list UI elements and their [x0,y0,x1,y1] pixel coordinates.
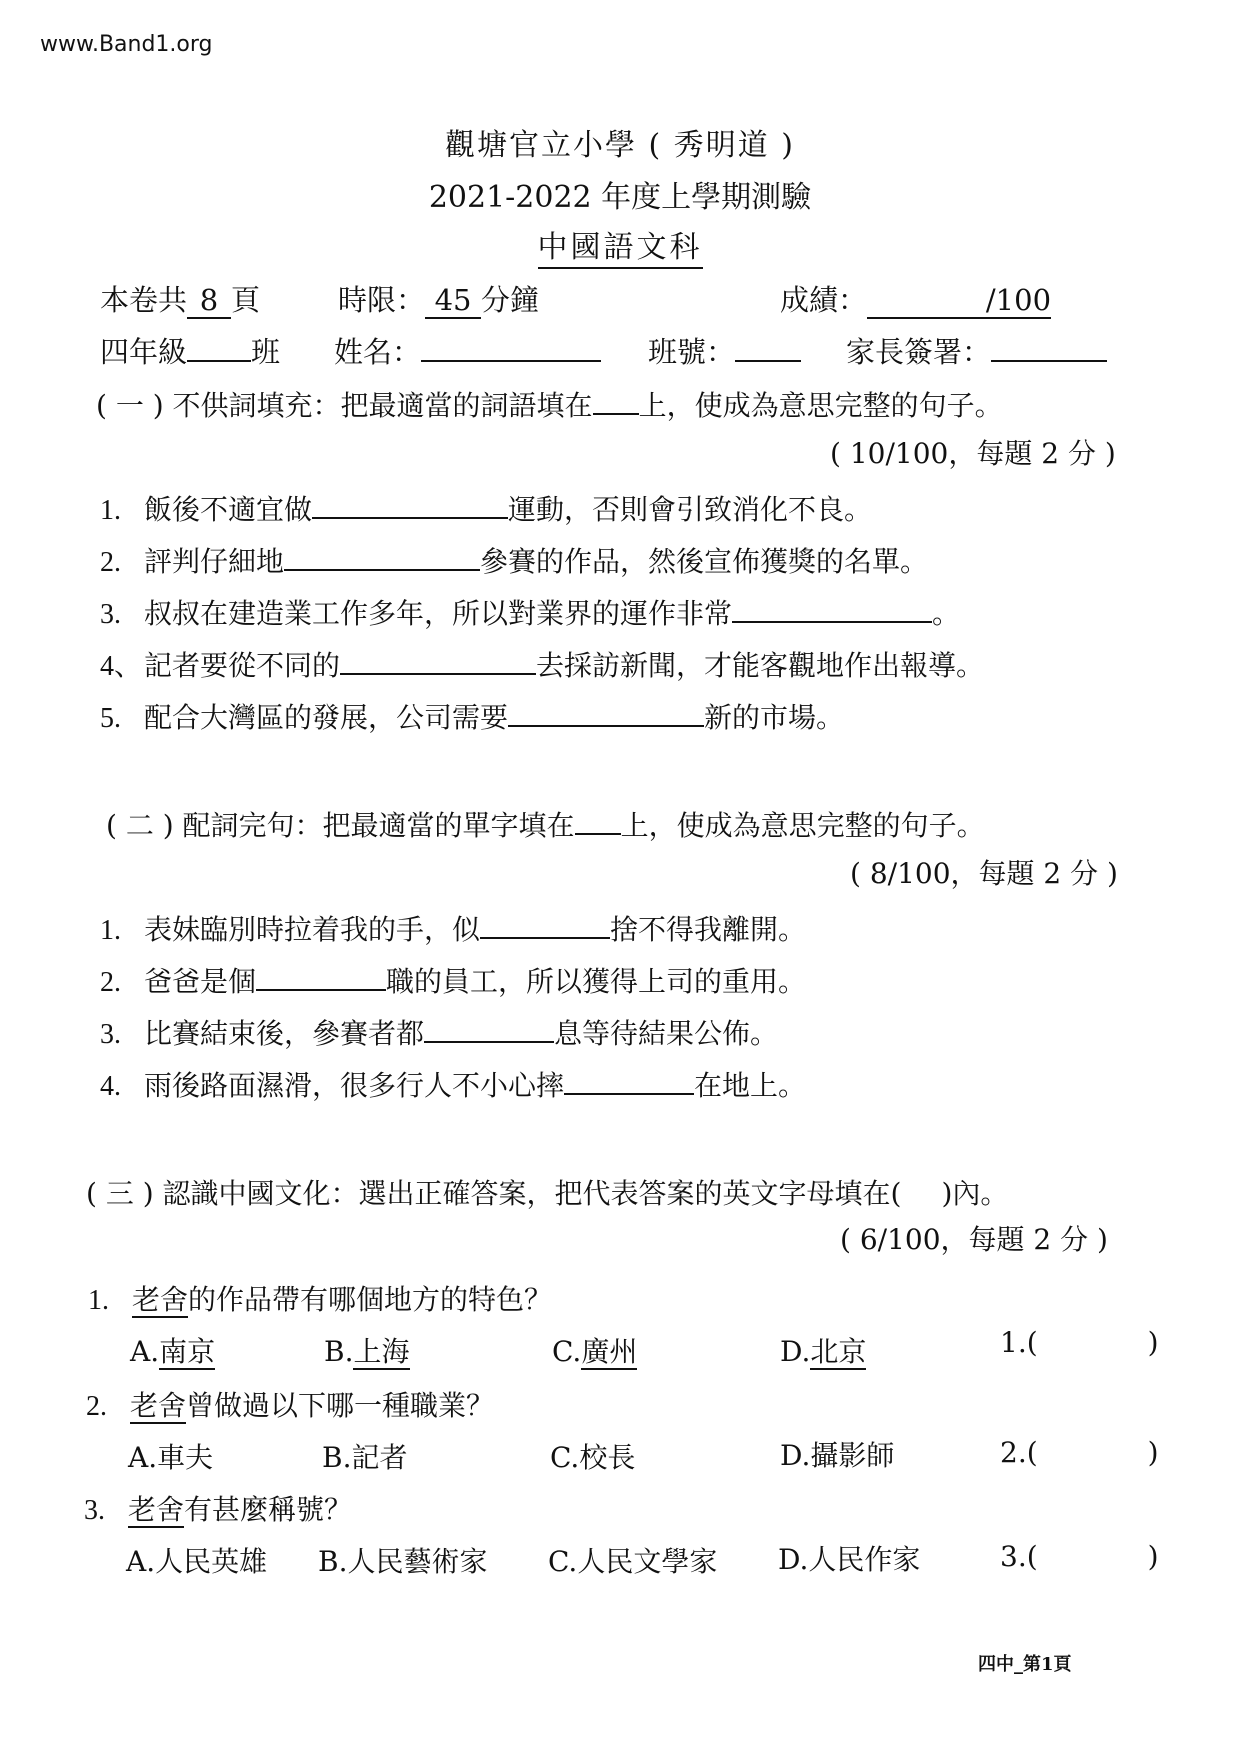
parent-signature-field: 家長簽署： [846,330,1107,371]
question-2-3: 3.比賽結束後，參賽者都息等待結果公佈。 [100,1012,778,1052]
answer-blank[interactable] [284,543,480,571]
score-input[interactable]: /100 [867,283,1051,319]
option-a: A.人民英雄 [126,1540,267,1580]
pages-value: 8 [187,283,231,319]
blank-sample [575,807,621,835]
question-3-3: 3.老舍有甚麼稱號？ [84,1488,352,1528]
class-input[interactable] [187,334,251,362]
option-a: A.車夫 [128,1436,213,1476]
answer-blank[interactable] [312,491,508,519]
answer-box-2[interactable]: 2.() [1000,1436,1159,1469]
page-footer: 四中_第1頁 [978,1650,1072,1676]
section-2-score: ( 8/100，每題 2 分 ) [850,852,1118,892]
option-c: C.人民文學家 [548,1540,717,1580]
answer-blank[interactable] [424,1015,554,1043]
option-b: B.記者 [322,1436,408,1476]
answer-blank[interactable] [732,595,932,623]
answer-blank[interactable] [508,699,704,727]
time-info: 時限：45分鐘 [338,278,539,319]
watermark: www.Band1.org [40,32,213,57]
option-b: B.上海 [324,1330,410,1370]
option-b: B.人民藝術家 [318,1540,488,1580]
subject-title: 中國語文科 [0,222,1240,266]
section-2-title: ( 二 ) 配詞完句：把最適當的單字填在上，使成為意思完整的句子。 [106,804,985,844]
answer-blank[interactable] [564,1067,694,1095]
question-1-4: 4、記者要從不同的去採訪新聞，才能客觀地作出報導。 [100,644,984,684]
proper-name: 老舍 [130,1389,186,1424]
exam-title: 2021-2022 年度上學期測驗 [0,172,1240,216]
question-1-5: 5.配合大灣區的發展，公司需要新的市場。 [100,696,844,736]
section-3-score: ( 6/100，每題 2 分 ) [840,1218,1108,1258]
school-name: 觀塘官立小學 ( 秀明道 ) [0,120,1240,164]
name-input[interactable] [421,334,601,362]
question-2-2: 2.爸爸是個職的員工，所以獲得上司的重用。 [100,960,806,1000]
section-3-title: ( 三 ) 認識中國文化：選出正確答案，把代表答案的英文字母填在()內。 [86,1172,1008,1212]
question-2-4: 4.雨後路面濕滑，很多行人不小心摔在地上。 [100,1064,806,1104]
answer-blank[interactable] [340,647,536,675]
question-3-1: 1.老舍的作品帶有哪個地方的特色？ [88,1278,552,1318]
option-d: D.北京 [780,1330,866,1370]
time-value: 45 [425,283,481,319]
pages-info: 本卷共8頁 [100,278,260,319]
option-c: C.校長 [550,1436,635,1476]
answer-box-1[interactable]: 1.() [1000,1326,1159,1359]
option-a: A.南京 [130,1330,215,1370]
class-number-field: 班號： [648,330,801,371]
section-1-title: ( 一 ) 不供詞填充：把最適當的詞語填在上，使成為意思完整的句子。 [96,384,1003,424]
question-3-2: 2.老舍曾做過以下哪一種職業？ [86,1384,494,1424]
option-c: C.廣州 [552,1330,637,1370]
section-1-score: ( 10/100，每題 2 分 ) [830,432,1116,472]
answer-blank[interactable] [480,911,610,939]
option-d: D.人民作家 [778,1538,920,1578]
name-field: 姓名： [334,330,601,371]
answer-box-3[interactable]: 3.() [1000,1540,1159,1573]
blank-sample [593,387,639,415]
score-field: 成績：/100 [780,278,1051,319]
option-d: D.攝影師 [780,1434,894,1474]
proper-name: 老舍 [132,1283,188,1318]
class-number-input[interactable] [735,334,801,362]
question-2-1: 1.表妹臨別時拉着我的手，似捨不得我離開。 [100,908,806,948]
proper-name: 老舍 [128,1493,184,1528]
question-1-1: 1.飯後不適宜做運動，否則會引致消化不良。 [100,488,872,528]
parent-signature-input[interactable] [991,334,1107,362]
answer-blank[interactable] [256,963,386,991]
question-1-3: 3.叔叔在建造業工作多年，所以對業界的運作非常。 [100,592,960,632]
class-field: 四年級班 [100,330,280,371]
question-1-2: 2.評判仔細地參賽的作品，然後宣佈獲獎的名單。 [100,540,928,580]
